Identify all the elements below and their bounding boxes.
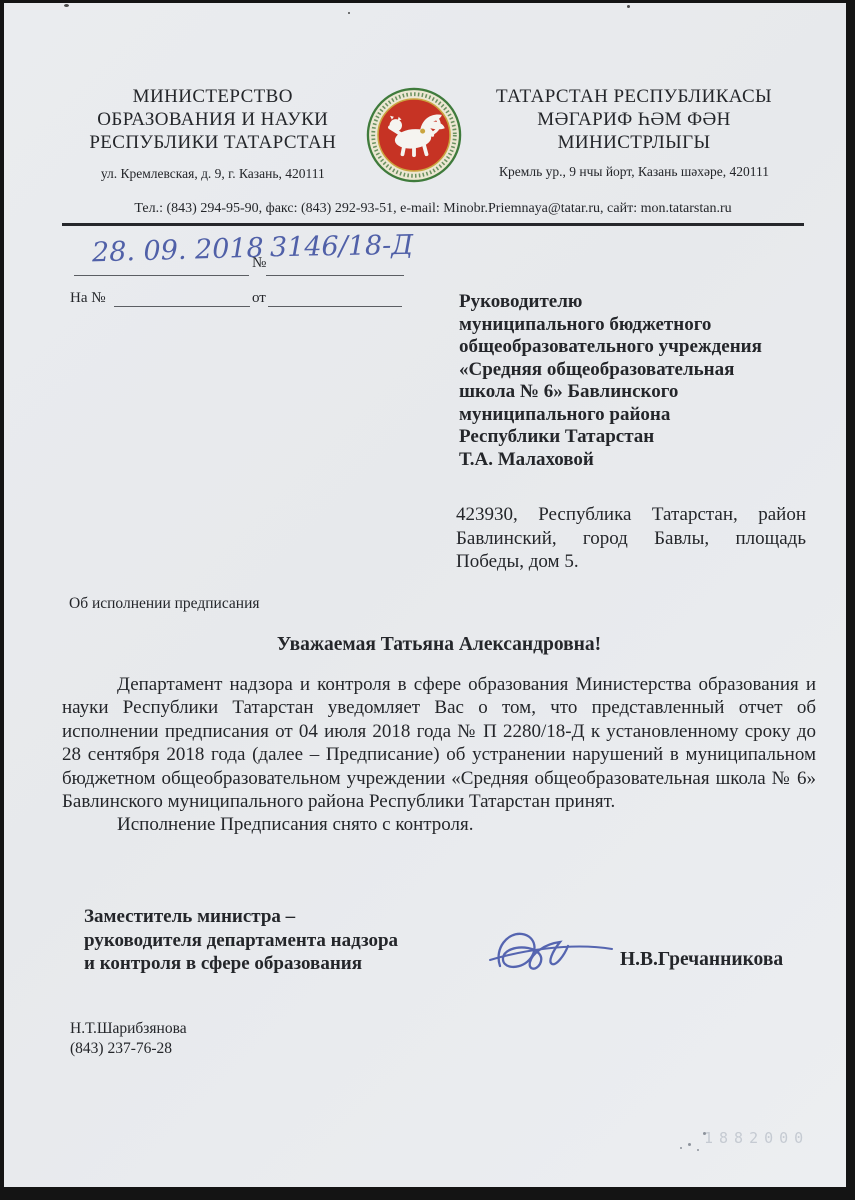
reply-number-underline [114,306,250,307]
header-divider [62,223,804,226]
executor-phone: (843) 237-76-28 [70,1039,187,1059]
ministry-tat-line: ТАТАРСТАН РЕСПУБЛИКАСЫ [464,85,804,108]
form-serial-number: 1882000 [704,1129,809,1147]
ministry-ru-address: ул. Кремлевская, д. 9, г. Казань, 420111 [62,166,364,182]
position-line: Заместитель министра – [84,905,484,929]
handwritten-date: 28. 09. 2018 [92,233,265,269]
signatory-position: Заместитель министра – руководителя депа… [84,905,484,976]
executor-block: Н.Т.Шарибзянова (843) 237-76-28 [70,1019,187,1059]
recipient-line: Республики Татарстан [459,426,809,449]
scan-speck [688,1143,691,1146]
handwritten-signature [486,918,616,993]
ministry-ru-line: МИНИСТЕРСТВО [62,85,364,108]
body-paragraph: Департамент надзора и контроля в сфере о… [62,673,816,813]
scan-speck [703,1132,706,1135]
signatory-name: Н.В.Гречанникова [620,949,783,971]
scanned-letter: МИНИСТЕРСТВО ОБРАЗОВАНИЯ И НАУКИ РЕСПУБЛ… [0,0,855,1200]
scan-speck [348,12,350,14]
paper-sheet: МИНИСТЕРСТВО ОБРАЗОВАНИЯ И НАУКИ РЕСПУБЛ… [4,3,846,1187]
scan-speck [697,1149,699,1151]
letter-body: Департамент надзора и контроля в сфере о… [62,673,816,837]
ministry-tat-address: Кремль ур., 9 нчы йорт, Казань шәхәре, 4… [464,164,804,180]
recipient-block: Руководителю муниципального бюджетного о… [459,291,809,471]
recipient-line: Руководителю [459,291,809,314]
body-paragraph: Исполнение Предписания снято с контроля. [62,813,816,836]
recipient-line: общеобразовательного учреждения [459,336,809,359]
ministry-tat-line: МӘГАРИФ ҺӘМ ФӘН [464,108,804,131]
executor-name: Н.Т.Шарибзянова [70,1019,187,1039]
position-line: и контроля в сфере образования [84,952,484,976]
recipient-address: 423930, Республика Татарстан, район Бавл… [456,503,806,574]
emblem-container [364,85,465,185]
ministry-name-russian: МИНИСТЕРСТВО ОБРАЗОВАНИЯ И НАУКИ РЕСПУБЛ… [62,85,364,182]
reply-to-number-label: На № [70,290,106,307]
recipient-line: школа № 6» Бавлинского [459,381,809,404]
salutation: Уважаемая Татьяна Александровна! [62,634,816,656]
scan-speck [64,4,69,7]
recipient-line: «Средняя общеобразовательная [459,359,809,382]
ministry-tat-line: МИНИСТРЛЫГЫ [464,131,804,154]
recipient-line: муниципального района [459,404,809,427]
scan-speck [680,1147,682,1149]
contact-line: Тел.: (843) 294-95-90, факс: (843) 292-9… [62,201,804,217]
reply-date-underline [268,306,402,307]
number-sign-label: № [252,255,266,272]
handwritten-outgoing-number: 3146/18-Д [270,230,414,263]
ministry-ru-line: ОБРАЗОВАНИЯ И НАУКИ [62,108,364,131]
date-underline [74,275,249,276]
reply-from-label: от [252,290,266,307]
position-line: руководителя департамента надзора [84,929,484,953]
recipient-line: Т.А. Малаховой [459,449,809,472]
ministry-ru-line: РЕСПУБЛИКИ ТАТАРСТАН [62,131,364,154]
tatarstan-coat-of-arms-icon [366,85,462,185]
ministry-name-tatar: ТАТАРСТАН РЕСПУБЛИКАСЫ МӘГАРИФ ҺӘМ ФӘН М… [464,85,804,180]
letterhead: МИНИСТЕРСТВО ОБРАЗОВАНИЯ И НАУКИ РЕСПУБЛ… [62,85,804,185]
number-underline [266,275,404,276]
recipient-line: муниципального бюджетного [459,314,809,337]
subject-line: Об исполнении предписания [69,595,260,613]
scan-speck [627,5,630,8]
